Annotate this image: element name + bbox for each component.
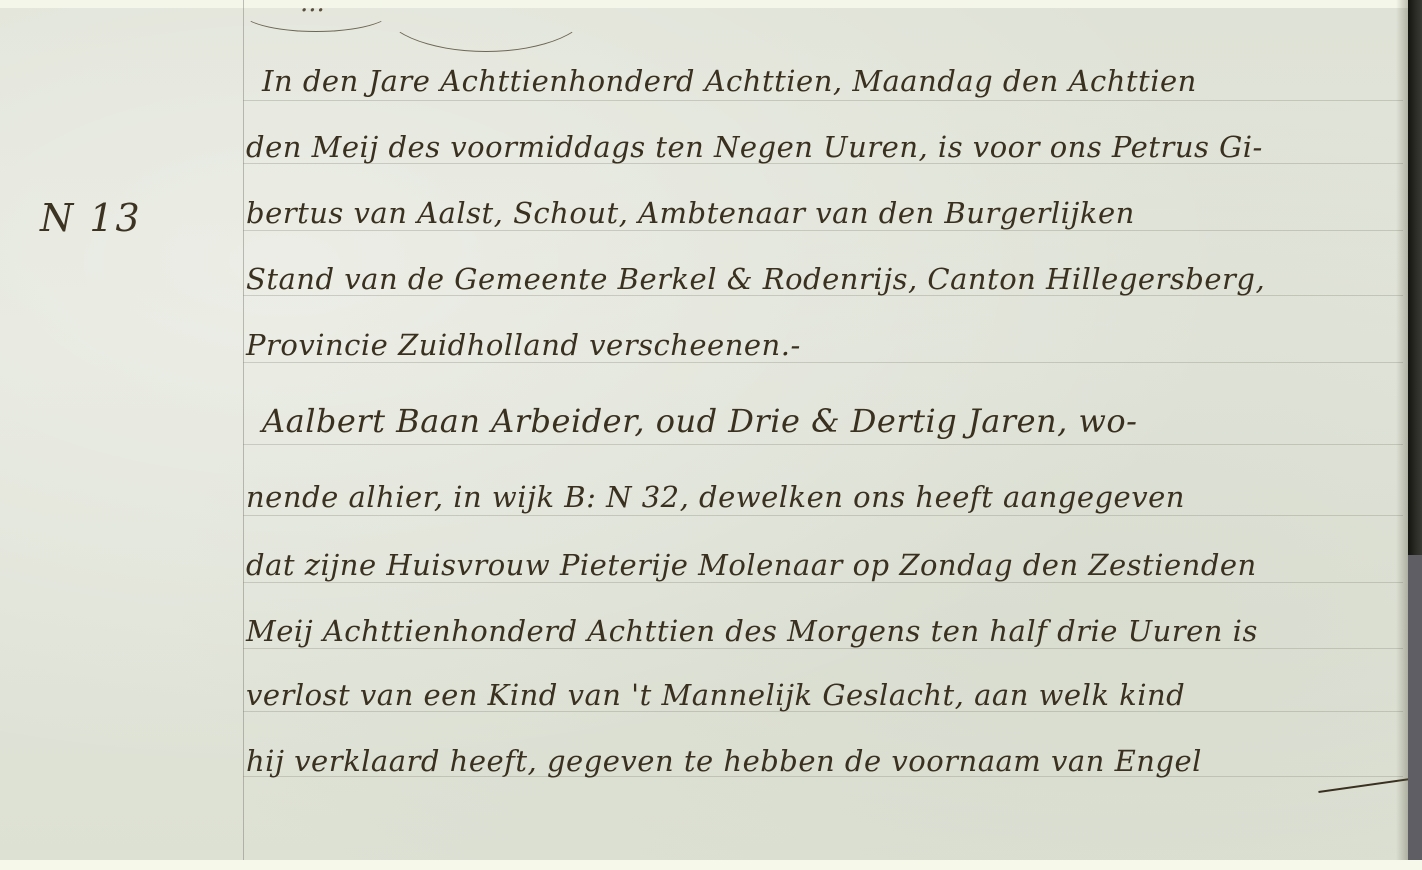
ruled-line: [243, 582, 1403, 583]
text-line-1: In den Jare Achttienhonderd Achttien, Ma…: [262, 64, 1197, 98]
flourish-decoration: [380, 0, 592, 52]
ruled-line: [243, 230, 1403, 231]
top-edge: [0, 0, 1422, 8]
book-binding-edge-lower: [1408, 555, 1422, 870]
text-line-4: Stand van de Gemeente Berkel & Rodenrijs…: [246, 262, 1265, 296]
bottom-edge: [0, 860, 1422, 870]
ruled-line: [243, 362, 1403, 363]
ruled-line: [243, 648, 1403, 649]
ruled-line: [243, 100, 1403, 101]
text-line-9: Meij Achttienhonderd Achttien des Morgen…: [246, 614, 1258, 648]
text-line-6-declarant: Aalbert Baan Arbeider, oud Drie & Dertig…: [262, 402, 1137, 440]
text-line-2: den Meij des voormiddags ten Negen Uuren…: [246, 130, 1263, 164]
text-line-11: hij verklaard heeft, gegeven te hebben d…: [246, 744, 1202, 778]
text-line-5: Provincie Zuidholland verscheenen.-: [246, 328, 801, 362]
margin-rule: [243, 0, 244, 870]
ruled-line: [243, 444, 1403, 445]
ruled-line: [243, 515, 1403, 516]
record-number: N 13: [40, 196, 142, 240]
text-line-10: verlost van een Kind van 't Mannelijk Ge…: [246, 678, 1185, 712]
flourish-decoration: [240, 0, 392, 32]
text-line-8: dat zijne Huisvrouw Pieterije Molenaar o…: [246, 548, 1257, 582]
register-page: ... N 13 In den Jare Achttienhonderd Ach…: [0, 0, 1422, 870]
text-line-7: nende alhier, in wijk B: N 32, dewelken …: [246, 480, 1185, 514]
text-line-3: bertus van Aalst, Schout, Ambtenaar van …: [246, 196, 1135, 230]
binding-shadow: [1396, 0, 1408, 870]
